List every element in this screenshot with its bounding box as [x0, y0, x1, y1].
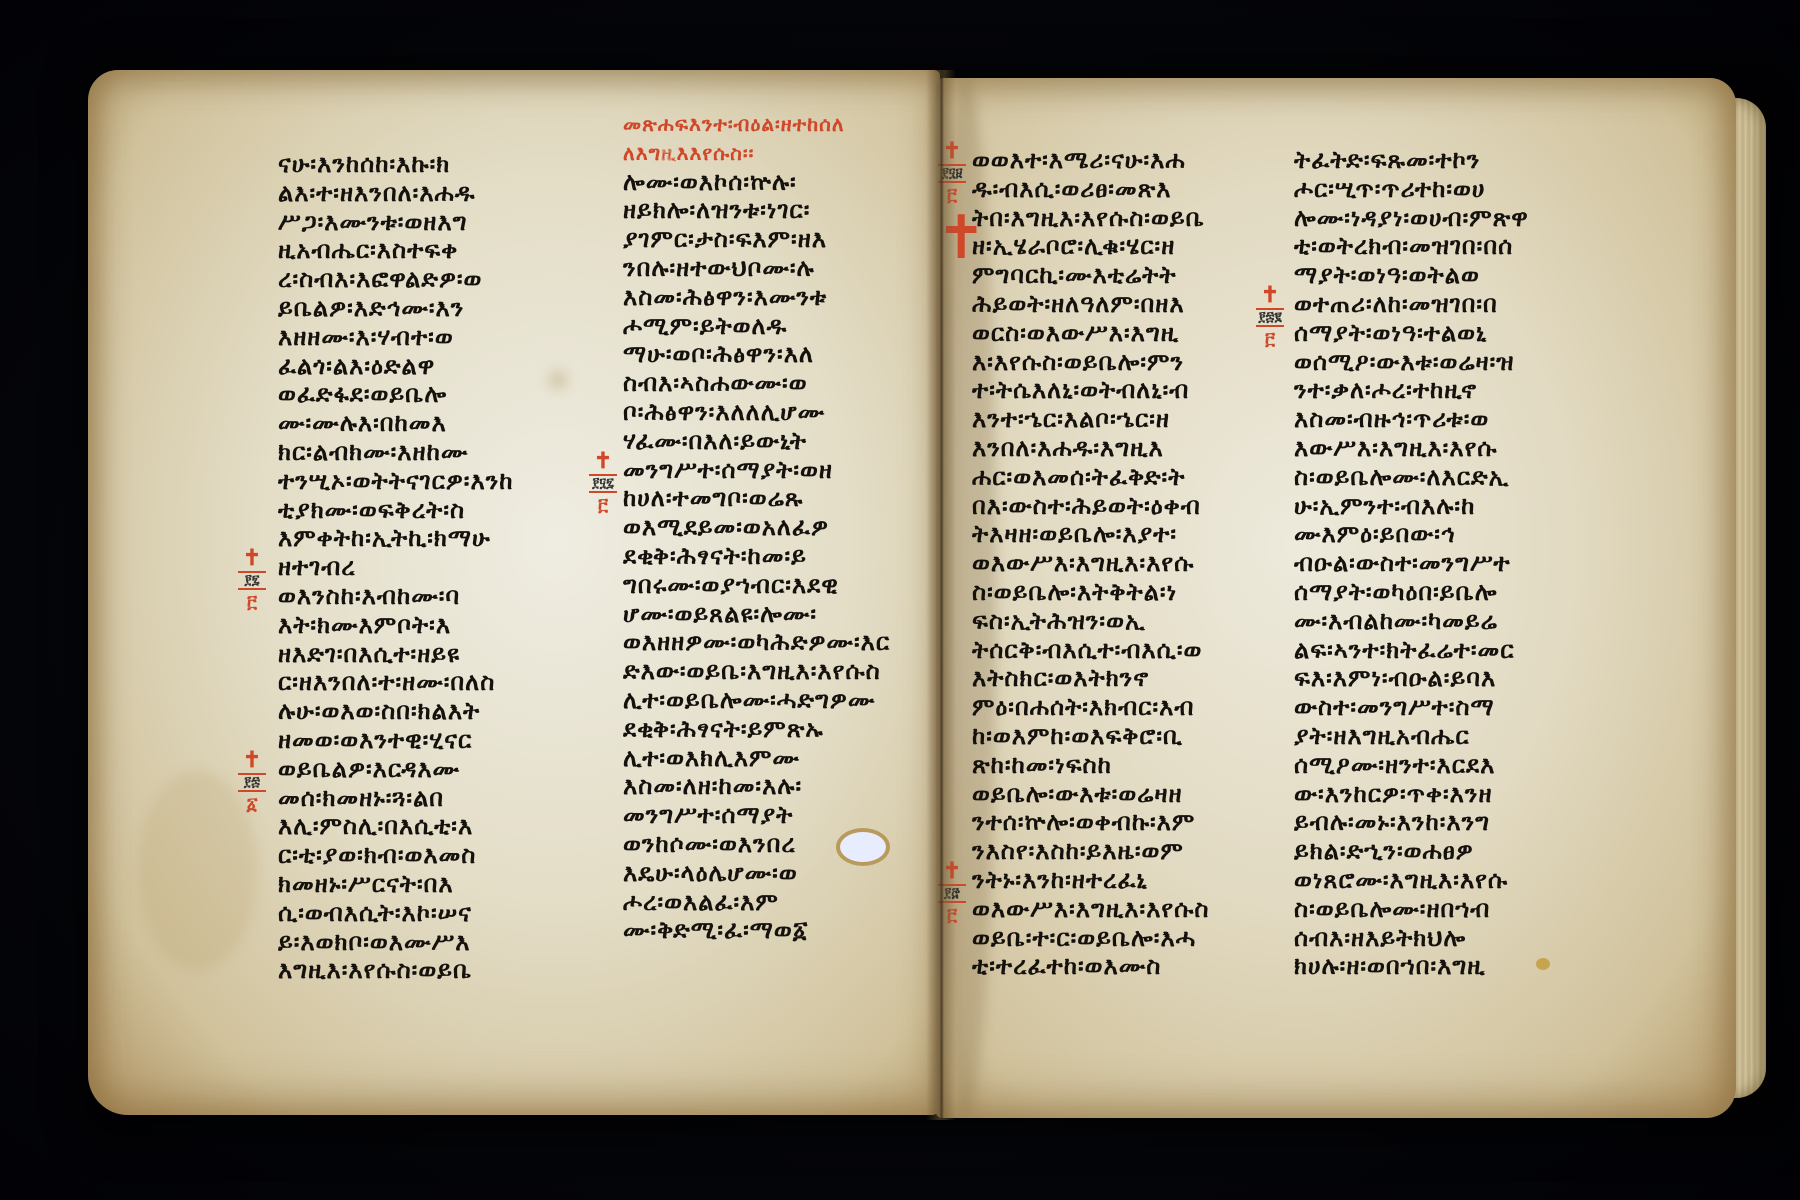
text-line: ወነጸሮሙ፡እግዚእ፡እየሱ: [1294, 866, 1674, 895]
text-line: ተንሢኦ፡ወትትናገርዎ፡እንከ: [278, 467, 588, 496]
text-line: ወይቤሎ፡ውእቱ፡ወሬዛዘ: [972, 780, 1332, 809]
text-line: ሊተ፡ወእክሊእምሙ: [623, 744, 940, 773]
text-line: ማሁ፡ወቦ፡ሕፅዋን፡እለ: [623, 340, 940, 369]
text-line: እዴሁ፡ላዕሌሆሙ፡ወ: [623, 859, 940, 888]
text-line: ጽከ፡ከመ፡ነፍስከ: [972, 751, 1332, 780]
text-line: ልእ፡ተ፡ዘእንበለ፡እሐዱ: [278, 179, 588, 208]
text-line: ድእው፡ወይቤ፡እግዚእ፡እየሱስ: [623, 657, 940, 686]
text-line: እንበለ፡እሐዱ፡እግዚእ: [972, 434, 1332, 463]
rubric-heading-line: ለእግዚእእየሱስ፡፡: [623, 139, 940, 168]
text-line: ወተጠሪ፡ለከ፡መዝገበ፡በ: [1294, 290, 1674, 319]
text-line: ንበሉ፡ዘተውህቦሙ፡ሉ: [623, 254, 940, 283]
text-line: ቲ፡ወትረክብ፡መዝገበ፡በሰ: [1294, 232, 1674, 261]
text-line: ከሀለ፡ተመግቦ፡ወሬጹ: [623, 484, 940, 513]
text-line: ር፡ዘእንበለ፡ተ፡ዘሙ፡በለስ: [278, 668, 588, 697]
text-line: ሉሁ፡ወእወ፡ስበ፡ክልእት: [278, 697, 588, 726]
text-line: ወእሚደይመ፡ወአለፈዎ: [623, 513, 940, 542]
text-line: ሎሙ፡ነዳያነ፡ወሀብ፡ምጽዋ: [1294, 204, 1674, 233]
text-line: ሖር፡ሢጥ፡ጥሪተከ፡ወሀ: [1294, 175, 1674, 204]
text-line: ውስተ፡መንግሥተ፡ስማ: [1294, 693, 1674, 722]
text-line: ሙ፡ቅድሚ፡ፈ፡ማወ፩: [623, 916, 940, 945]
text-line: ደቂቅ፡ሕፃናት፡ከመ፡ይ: [623, 542, 940, 571]
section-number: ፻፯: [238, 571, 266, 590]
text-line: ስ፡ወይቤሎሙ፡ዘበኀብ: [1294, 895, 1674, 924]
text-line: ቲ፡ተረፈተከ፡ወእሙስ: [972, 952, 1332, 981]
text-line: በእ፡ውስተ፡ሕይወት፡ዕቀብ: [972, 492, 1332, 521]
text-line: ንእስየ፡እስከ፡ይእዜ፡ወም: [972, 837, 1332, 866]
section-letter: ፫: [238, 592, 266, 613]
parchment-hole: [840, 832, 886, 862]
text-line: ዘይክሎ፡ለዝንቱ፡ነገር፡: [623, 196, 940, 225]
rubric-heading-line: መጽሐፍእንተ፡ብዕል፡ዘተከሰለ: [623, 110, 940, 139]
text-line: ሰሚዖሙ፡ዘንተ፡እርደእ: [1294, 751, 1674, 780]
text-line: እትስክር፡ወእትክንኖ: [972, 664, 1332, 693]
text-line: ሰብእ፡ዘእይትክህሎ: [1294, 924, 1674, 953]
text-line: እ፡እየሱስ፡ወይቤሎ፡ምን: [972, 348, 1332, 377]
section-letter: ፩: [238, 794, 266, 815]
text-line: ወይቤልዎ፡እርዳእሙ: [278, 755, 588, 784]
text-line: ፍእ፡እምነ፡ብዑል፡ይባእ: [1294, 664, 1674, 693]
section-letter: ፫: [1256, 329, 1284, 350]
text-line: ናሁ፡እንከሰከ፡እኩ፡ክ: [278, 150, 588, 179]
text-line: ተ፡ትሴእለኒ፡ወትብለኒ፡ብ: [972, 376, 1332, 405]
text-line: ወእውሥእ፡እግዚእ፡እየሱ: [972, 549, 1332, 578]
text-line: መንግሥተ፡ሰማያት: [623, 801, 940, 830]
text-line: ልፍ፡ኣንተ፡ክትፈሬተ፡መር: [1294, 636, 1674, 665]
left-page: ናሁ፡እንከሰከ፡እኩ፡ክልእ፡ተ፡ዘእንበለ፡እሐዱሥጋ፡እሙንቱ፡ወዘእግዚ…: [88, 70, 940, 1115]
text-line: ሊተ፡ወይቤሎሙ፡ሓድግዎሙ: [623, 686, 940, 715]
text-line: ዘተገብረ: [278, 553, 588, 582]
text-line: ወወእተ፡እሜሪ፡ናሁ፡እሐ: [972, 146, 1332, 175]
text-line: ወይቤ፡ተ፡ር፡ወይቤሎ፡እሓ: [972, 924, 1332, 953]
text-line: ወእውሥእ፡እግዚእ፡እየሱስ: [972, 895, 1332, 924]
text-line: ስ፡ወይቤሎሙ፡ለእርድኢ: [1294, 463, 1674, 492]
text-line: እስመ፡ብዙኅ፡ጥሪቱ፡ወ: [1294, 405, 1674, 434]
text-line: ሖረ፡ወእልፈ፡እም: [623, 888, 940, 917]
section-letter: ፫: [589, 495, 617, 516]
text-line: እስመ፡ሕፅዋን፡እሙንቱ: [623, 283, 940, 312]
section-number: ፻፷: [238, 773, 266, 792]
text-line: እንተ፡ኄር፡እልቦ፡ኄር፡ዘ: [972, 405, 1332, 434]
rubric-margin-marker: ✝፻፷፩: [238, 749, 266, 815]
text-line: ሆሙ፡ወይጸልዩ፡ሎሙ፡: [623, 600, 940, 629]
text-line: ሎሙ፡ወእኮሰ፡ኵሉ፡: [623, 168, 940, 197]
text-line: ዘእድገ፡በእሲተ፡ዘይዩ: [278, 640, 588, 669]
text-line: ክሀሉ፡ዘ፡ወበኀበ፡እግዚ: [1294, 952, 1674, 981]
text-line: ወእንስከ፡እብከሙ፡ባ: [278, 582, 588, 611]
text-line: ይክል፡ድኂን፡ወሐፀዎ: [1294, 837, 1674, 866]
text-line: ግበሩሙ፡ወያኀብር፡እደዊ: [623, 571, 940, 600]
text-line: ው፡እንከርዎ፡ጥቀ፡እንዘ: [1294, 780, 1674, 809]
text-line: እውሥእ፡እግዚእ፡እየሱ: [1294, 434, 1674, 463]
text-line: ሐር፡ወእመሰ፡ትፈቅድ፡ት: [972, 463, 1332, 492]
text-line: ንተሰ፡ኵሎ፡ወቀብኩ፡እም: [972, 808, 1332, 837]
text-line: ትሰርቅ፡ብእሲተ፡ብእሲ፡ወ: [972, 636, 1332, 665]
text-line: ክር፡ልብክሙ፡እዘከሙ: [278, 438, 588, 467]
text-line: ወፈድፋደ፡ወይቤሎ: [278, 380, 588, 409]
cross-icon: ✝: [238, 547, 266, 569]
text-line: ሁ፡ኢምንተ፡ብእሉ፡ከ: [1294, 492, 1674, 521]
text-line: ሃፈሙ፡በእለ፡ይውኒት: [623, 427, 940, 456]
text-line: ወእዘዘዎሙ፡ወካሕድዎሙ፡እር: [623, 628, 940, 657]
text-line: ሙ፡እብልከሙ፡ካመይሬ: [1294, 607, 1674, 636]
text-line: ዘ፡ኢሄራቦሮ፡ሊቁ፡ሄር፡ዘ: [972, 232, 1332, 261]
book-gutter: [926, 70, 956, 1120]
rubric-margin-marker: ✝፻፯፫: [238, 547, 266, 613]
text-line: ፈልጎ፡ልእ፡ዕድልዋ: [278, 352, 588, 381]
text-line: ቲያክሙ፡ወፍቅረት፡ስ: [278, 496, 588, 525]
right-page: ወወእተ፡እሜሪ፡ናሁ፡እሐዱ፡ብእሲ፡ወሪፀ፡መጽእትበ፡እግዚእ፡እየሱስ፡…: [936, 78, 1736, 1118]
text-line: ወንከሶሙ፡ወእንበረ: [623, 830, 940, 859]
cross-icon: ✝: [238, 749, 266, 771]
text-line: ሖሚም፡ይትወለዱ: [623, 312, 940, 341]
right-page-column-1: ወወእተ፡እሜሪ፡ናሁ፡እሐዱ፡ብእሲ፡ወሪፀ፡መጽእትበ፡እግዚእ፡እየሱስ፡…: [972, 146, 1332, 981]
cross-icon: ✝: [589, 450, 617, 472]
text-line: ይቤልዎ፡እድኅሙ፡እን: [278, 294, 588, 323]
text-line: እሊ፡ምስሊ፡በእሲቲ፡እ: [278, 812, 588, 841]
left-page-column-2: መጽሐፍእንተ፡ብዕል፡ዘተከሰለለእግዚእእየሱስ፡፡ሎሙ፡ወእኮሰ፡ኵሉ፡ዘ…: [623, 110, 940, 945]
text-line: ያገምር፡ታስ፡ፍእም፡ዘእ: [623, 225, 940, 254]
text-line: ያት፡ዘእግዚአብሔር: [1294, 722, 1674, 751]
text-line: እምቀትከ፡ኢትኪ፡ክማሁ: [278, 524, 588, 553]
text-line: መሰ፡ክመዘኑ፡ጓ፡ልበ: [278, 784, 588, 813]
rubric-margin-marker: ✝፻፶፯፫: [589, 450, 617, 516]
right-page-column-2: ትፈትድ፡ፍጹመ፡ተኮንሖር፡ሢጥ፡ጥሪተከ፡ወሀሎሙ፡ነዳያነ፡ወሀብ፡ምጽዋ…: [1294, 146, 1674, 981]
text-line: እግዚእ፡እየሱስ፡ወይቤ: [278, 956, 588, 985]
text-line: ረ፡ስብእ፡እፎዋልድዎ፡ወ: [278, 265, 588, 294]
text-line: ሰማያት፡ወካዕበ፡ይቤሎ: [1294, 578, 1674, 607]
text-line: ዱ፡ብእሲ፡ወሪፀ፡መጽእ: [972, 175, 1332, 204]
text-line: ምዕ፡በሐሰት፡እክብር፡እብ: [972, 693, 1332, 722]
text-line: ር፡ቲ፡ያወ፡ክብ፡ወእመስ: [278, 841, 588, 870]
text-line: ክመዘኑ፡ሥርናት፡በእ: [278, 870, 588, 899]
text-line: እዘዘሙ፡እ፡ሃብተ፡ወ: [278, 323, 588, 352]
text-line: እስመ፡ለዘ፡ከመ፡እሉ፡: [623, 772, 940, 801]
text-line: ትበ፡እግዚእ፡እየሱስ፡ወይቤ: [972, 204, 1332, 233]
text-line: ትፈትድ፡ፍጹመ፡ተኮን: [1294, 146, 1674, 175]
text-line: ይብሉ፡መኑ፡እንከ፡እንግ: [1294, 808, 1674, 837]
section-number: ፻፷፪: [1256, 308, 1284, 327]
section-number: ፻፶፯: [589, 474, 617, 493]
text-line: ዘመወ፡ወእንተዊ፡ሂናር: [278, 726, 588, 755]
text-line: ትእዛዘ፡ወይቤሎ፡እያተ፡: [972, 520, 1332, 549]
rubric-margin-marker: ✝፻፷፪፫: [1256, 284, 1284, 350]
text-line: ወሰሚዖ፡ውእቱ፡ወሬዛ፡ዝ: [1294, 348, 1674, 377]
text-line: ማያት፡ወነዓ፡ወትልወ: [1294, 261, 1674, 290]
text-line: ደቂቅ፡ሕፃናት፡ይምጽኡ: [623, 715, 940, 744]
text-line: መንግሥተ፡ሰማያት፡ወዘ: [623, 456, 940, 485]
left-page-column-1: ናሁ፡እንከሰከ፡እኩ፡ክልእ፡ተ፡ዘእንበለ፡እሐዱሥጋ፡እሙንቱ፡ወዘእግዚ…: [278, 150, 588, 985]
text-line: ዚአብሔር፡እስተፍቀ: [278, 236, 588, 265]
text-line: ንትኑ፡እንከ፡ዘተረፈኒ: [972, 866, 1332, 895]
text-line: ሙእምዕ፡ይበው፡ኅ: [1294, 520, 1674, 549]
text-line: ይ፡እወክቦ፡ወእሙሥእ: [278, 928, 588, 957]
text-line: ንተ፡ቃለ፡ሖረ፡ተከዚኖ: [1294, 376, 1674, 405]
cross-icon: ✝: [1256, 284, 1284, 306]
text-line: እት፡ክሙእምቦት፡እ: [278, 611, 588, 640]
text-line: ሲ፡ወብእሲት፡እኮ፡ሠና: [278, 899, 588, 928]
text-line: ብዑል፡ውስተ፡መንግሥተ: [1294, 549, 1674, 578]
text-line: ሙ፡ሙሉእ፡በከመእ: [278, 409, 588, 438]
text-line: ሥጋ፡እሙንቱ፡ወዘእግ: [278, 208, 588, 237]
text-line: ቦ፡ሕፅዋን፡እለለሊሆሙ: [623, 398, 940, 427]
text-line: ስ፡ወይቤሎ፡እትቅትል፡ነ: [972, 578, 1332, 607]
text-line: ከ፡ወእምከ፡ወእፍቅሮ፡ቢ: [972, 722, 1332, 751]
text-line: ሰማያት፡ወነዓ፡ተልወኒ: [1294, 319, 1674, 348]
text-line: ፍስ፡ኢትሕዝን፡ወኢ: [972, 607, 1332, 636]
text-line: ስብእ፡ኣስሐውሙ፡ወ: [623, 369, 940, 398]
